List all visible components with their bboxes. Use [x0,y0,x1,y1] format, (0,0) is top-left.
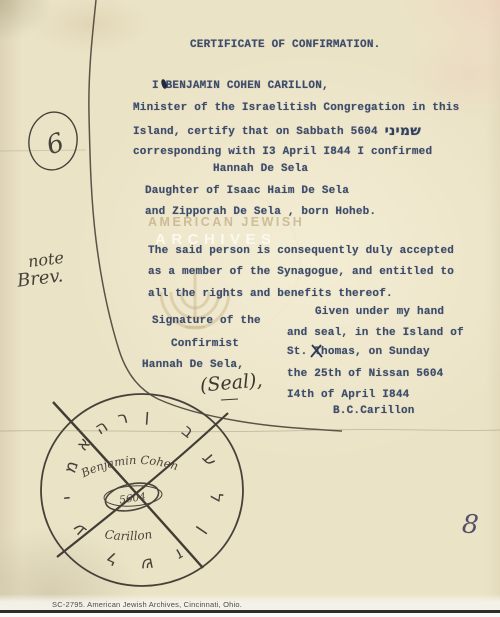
given-line-3: St. Thomas, on Sunday [287,346,430,359]
st-prefix: St. [287,346,314,358]
thomas-t: T [314,346,321,358]
sabbath-pre: Island, certify that on Sabbath [133,126,351,138]
daughter-line: Daughter of Isaac Haim De Sela [145,185,349,198]
sabbath-line: Island, certify that on Sabbath שמיני 56… [133,124,421,139]
given-line-2: and seal, in the Island of [287,327,464,340]
opening-i: I [152,80,159,92]
signature-label-2: Confirmist [171,338,239,351]
carillon-signature: B.C.Carillon [333,405,415,418]
sabbath-post: 5604 [351,126,385,138]
confirmist-name: Hannah De Sela, [142,359,244,372]
opening-name: BENJAMIN COHEN CARILLON, [159,80,329,92]
given-line-1: Given under my hand [315,306,444,319]
given-line-4: the 25th of Nissan 5604 [287,368,443,381]
accepted-line-3: all the rights and benefits thereof. [148,288,393,301]
archive-caption: SC-2795. American Jewish Archives, Cinci… [52,600,242,609]
bottom-white-margin [0,613,500,617]
hebrew-shemini-text: שמיני [385,123,421,139]
thomas-rest: homas, on Sunday [321,346,430,358]
confirmed-name: Hannah De Sela [213,163,308,176]
minister-line: Minister of the Israelitish Congregation… [133,102,459,115]
opening-name-line: I BENJAMIN COHEN CARILLON, [152,80,329,93]
given-line-5: I4th of April I844 [287,389,409,402]
page-number: 8 [461,509,480,540]
certificate-title: CERTIFICATE OF CONFIRMATION. [190,39,380,52]
accepted-line-2: as a member of the Synagogue, and entitl… [148,266,454,279]
signature-label-1: Signature of the [152,315,261,328]
corresponding-line: corresponding with I3 April I844 I confi… [133,146,432,159]
accepted-line-1: The said person is consequently duly acc… [148,245,454,258]
scanned-certificate-page: AMERICAN JEWISH ARCHIVES CERTIFICATE OF … [0,0,500,617]
mother-line: and Zipporah De Sela , born Hoheb. [145,206,376,219]
